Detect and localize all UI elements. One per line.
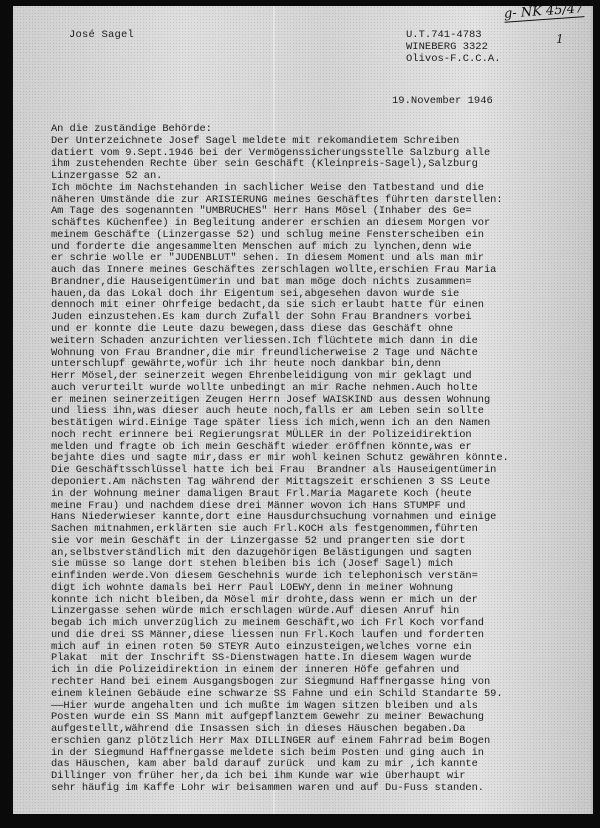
body-line: meinem Geschäfte (Linzergasse 52) und sc…: [51, 230, 591, 242]
body-line: noch recht erinnere bei Regierungsrat MÜ…: [51, 430, 591, 442]
body-line: Der Unterzeichnete Josef Sagel meldete m…: [51, 136, 591, 148]
body-line: weitern Schaden anzurichten verliessen.I…: [51, 336, 591, 348]
body-line: digt ich wohnte damals bei Herr Paul LOE…: [51, 583, 591, 595]
body-line: einem kleinen Gebäude eine schwarze SS F…: [51, 689, 591, 701]
address-line: WINEBERG 3322: [406, 41, 501, 53]
sender-address: U.T.741-4783 WINEBERG 3322 Olivos-F.C.C.…: [406, 29, 501, 65]
handwritten-page-number: 1: [556, 32, 564, 46]
sender-name: José Sagel: [69, 29, 134, 41]
letter-date: 19.November 1946: [392, 95, 493, 107]
body-line: deponiert.Am nächsten Tag während der Mi…: [51, 477, 591, 489]
body-line: und die drei SS Männer,diese liessen nun…: [51, 630, 591, 642]
body-line: erschien ganz plötzlich Herr Max DILLING…: [51, 736, 591, 748]
body-line: rechter Hand bei einem Ausgangsbogen zur…: [51, 677, 591, 689]
address-line: U.T.741-4783: [406, 29, 501, 41]
body-line: An die zuständige Behörde:: [51, 124, 591, 136]
body-line: sehr häufig im Kaffe Lohr wir beisammen …: [51, 783, 591, 795]
body-line: Ich möchte im Nachstehanden in sachliche…: [51, 183, 591, 195]
letter-body: An die zuständige Behörde: Der Unterzeic…: [51, 124, 591, 795]
address-line: Olivos-F.C.C.A.: [406, 53, 501, 65]
body-line: auch verurteilt wurde wollte unbedingt a…: [51, 383, 591, 395]
scanned-document: g- NK 45/47 1 José Sagel U.T.741-4783 WI…: [0, 0, 600, 828]
body-line: in der Wohnung meiner damaligen Braut Fr…: [51, 489, 591, 501]
body-line: sie vor mein Geschäft in der Linzergasse…: [51, 536, 591, 548]
body-line: Brandner,die Hauseigentümerin und bat ma…: [51, 277, 591, 289]
